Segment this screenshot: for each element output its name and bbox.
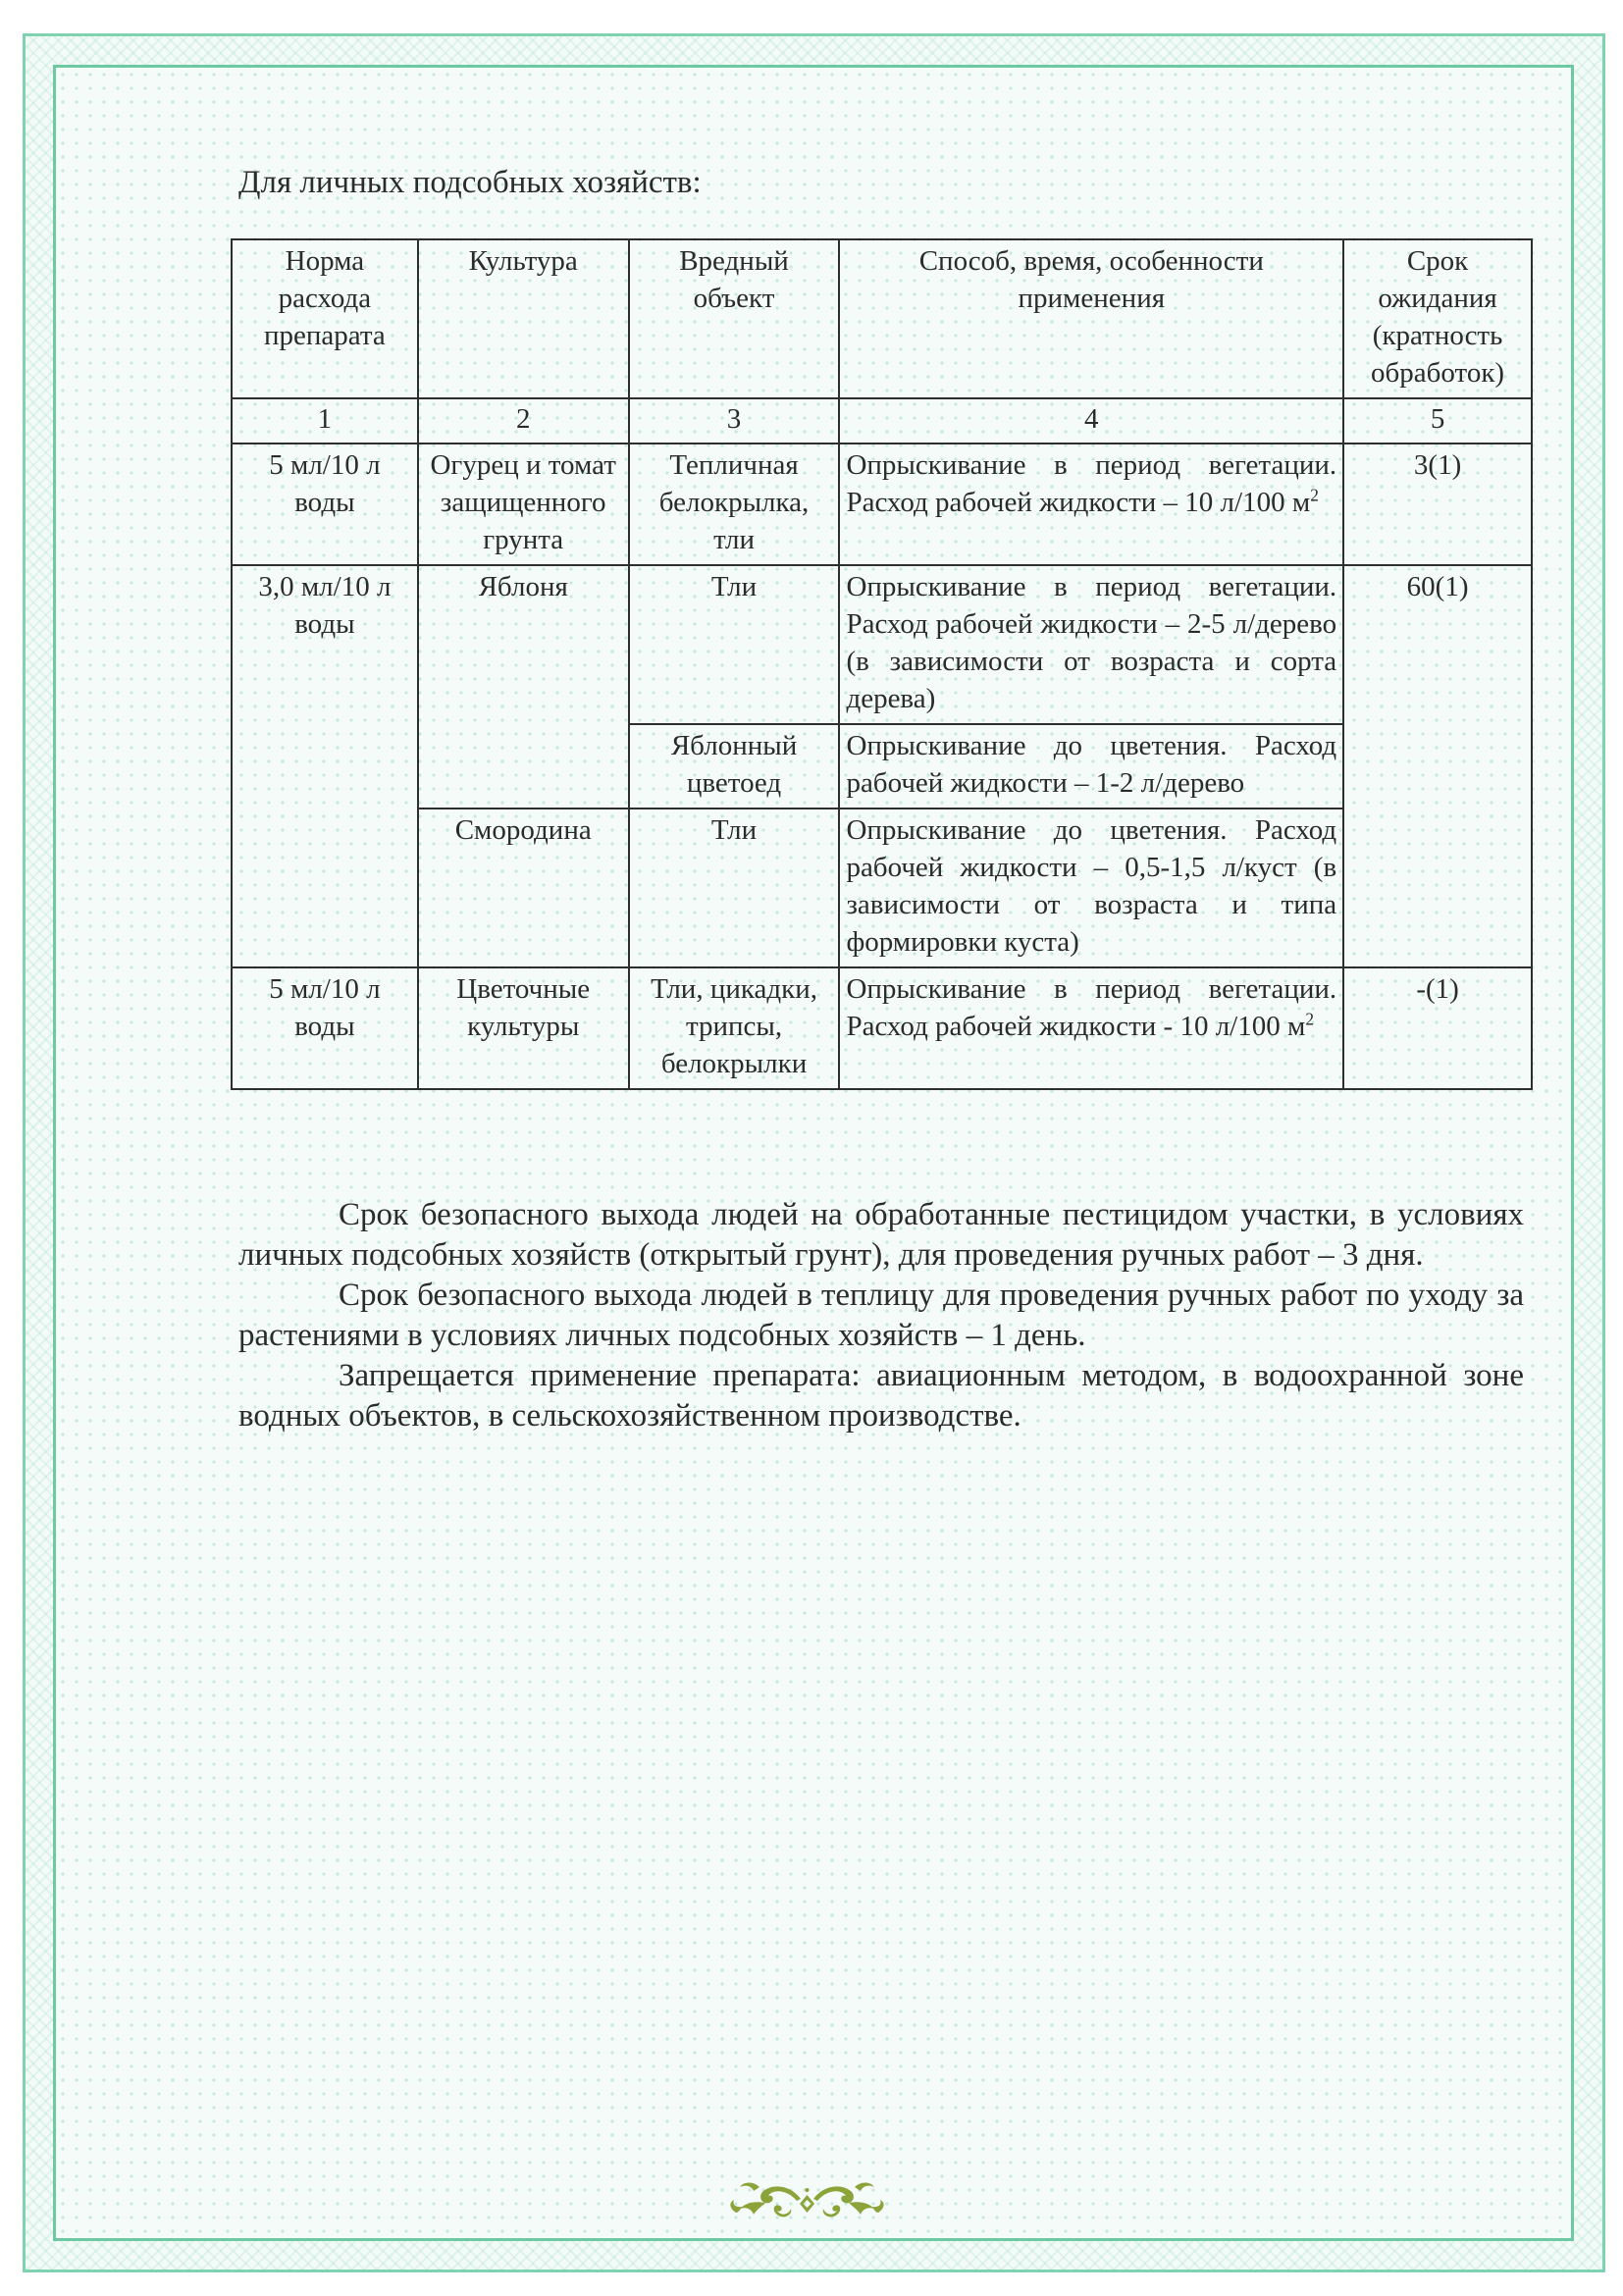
cell-crop: Смородина [418,809,629,967]
header-rate: Норма расхода препарата [232,239,418,398]
table-row: 5 мл/10 л воды Цветочные культуры Тли, ц… [232,967,1532,1089]
cell-pest: Тли, цикадки, трипсы, белокрылки [629,967,840,1089]
cell-method: Опрыскивание в период вегетации. Расход … [839,967,1343,1089]
cell-waiting: 60(1) [1343,565,1532,967]
cell-method: Опрыскивание в период вегетации. Расход … [839,565,1343,724]
method-text: Опрыскивание в период вегетации. Расход … [846,973,1336,1042]
cell-rate: 3,0 мл/10 л воды [232,565,418,967]
cell-rate: 5 мл/10 л воды [232,444,418,565]
table-row: 3,0 мл/10 л воды Яблоня Тли Опрыскивание… [232,565,1532,724]
notes-section: Срок безопасного выхода людей на обработ… [238,1195,1524,1436]
table-header-row: Норма расхода препарата Культура Вредный… [232,239,1532,398]
cell-waiting: 3(1) [1343,444,1532,565]
cell-method: Опрыскивание до цветения. Расход рабочей… [839,809,1343,967]
cell-method: Опрыскивание до цветения. Расход рабочей… [839,724,1343,809]
header-pest: Вредный объект [629,239,840,398]
header-waiting: Срок ожидания (кратность обработок) [1343,239,1532,398]
floral-ornament-icon [726,2173,888,2220]
method-text: Опрыскивание в период вегетации. Расход … [846,449,1336,518]
column-number: 5 [1343,398,1532,444]
header-method: Способ, время, особенности применения [839,239,1343,398]
cell-rate: 5 мл/10 л воды [232,967,418,1089]
section-heading: Для личных подсобных хозяйств: [238,165,702,201]
cell-crop: Яблоня [418,565,629,809]
cell-waiting: -(1) [1343,967,1532,1089]
note-paragraph-greenhouse: Срок безопасного выхода людей в теплицу … [238,1276,1524,1356]
usage-rates-table: Норма расхода препарата Культура Вредный… [231,238,1533,1090]
column-number: 4 [839,398,1343,444]
table-row: Смородина Тли Опрыскивание до цветения. … [232,809,1532,967]
note-paragraph-restrictions: Запрещается применение препарата: авиаци… [238,1356,1524,1436]
column-number: 2 [418,398,629,444]
cell-pest: Яблонный цветоед [629,724,840,809]
header-crop: Культура [418,239,629,398]
cell-pest: Тли [629,809,840,967]
column-number: 3 [629,398,840,444]
cell-crop: Огурец и томат защищенного грунта [418,444,629,565]
superscript: 2 [1310,485,1319,504]
cell-crop: Цветочные культуры [418,967,629,1089]
note-paragraph-open-ground: Срок безопасного выхода людей на обработ… [238,1195,1524,1276]
column-number: 1 [232,398,418,444]
cell-pest: Тепличная белокрылка, тли [629,444,840,565]
cell-method: Опрыскивание в период вегетации. Расход … [839,444,1343,565]
cell-pest: Тли [629,565,840,724]
superscript: 2 [1305,1009,1314,1028]
column-number-row: 1 2 3 4 5 [232,398,1532,444]
table-row: 5 мл/10 л воды Огурец и томат защищенног… [232,444,1532,565]
